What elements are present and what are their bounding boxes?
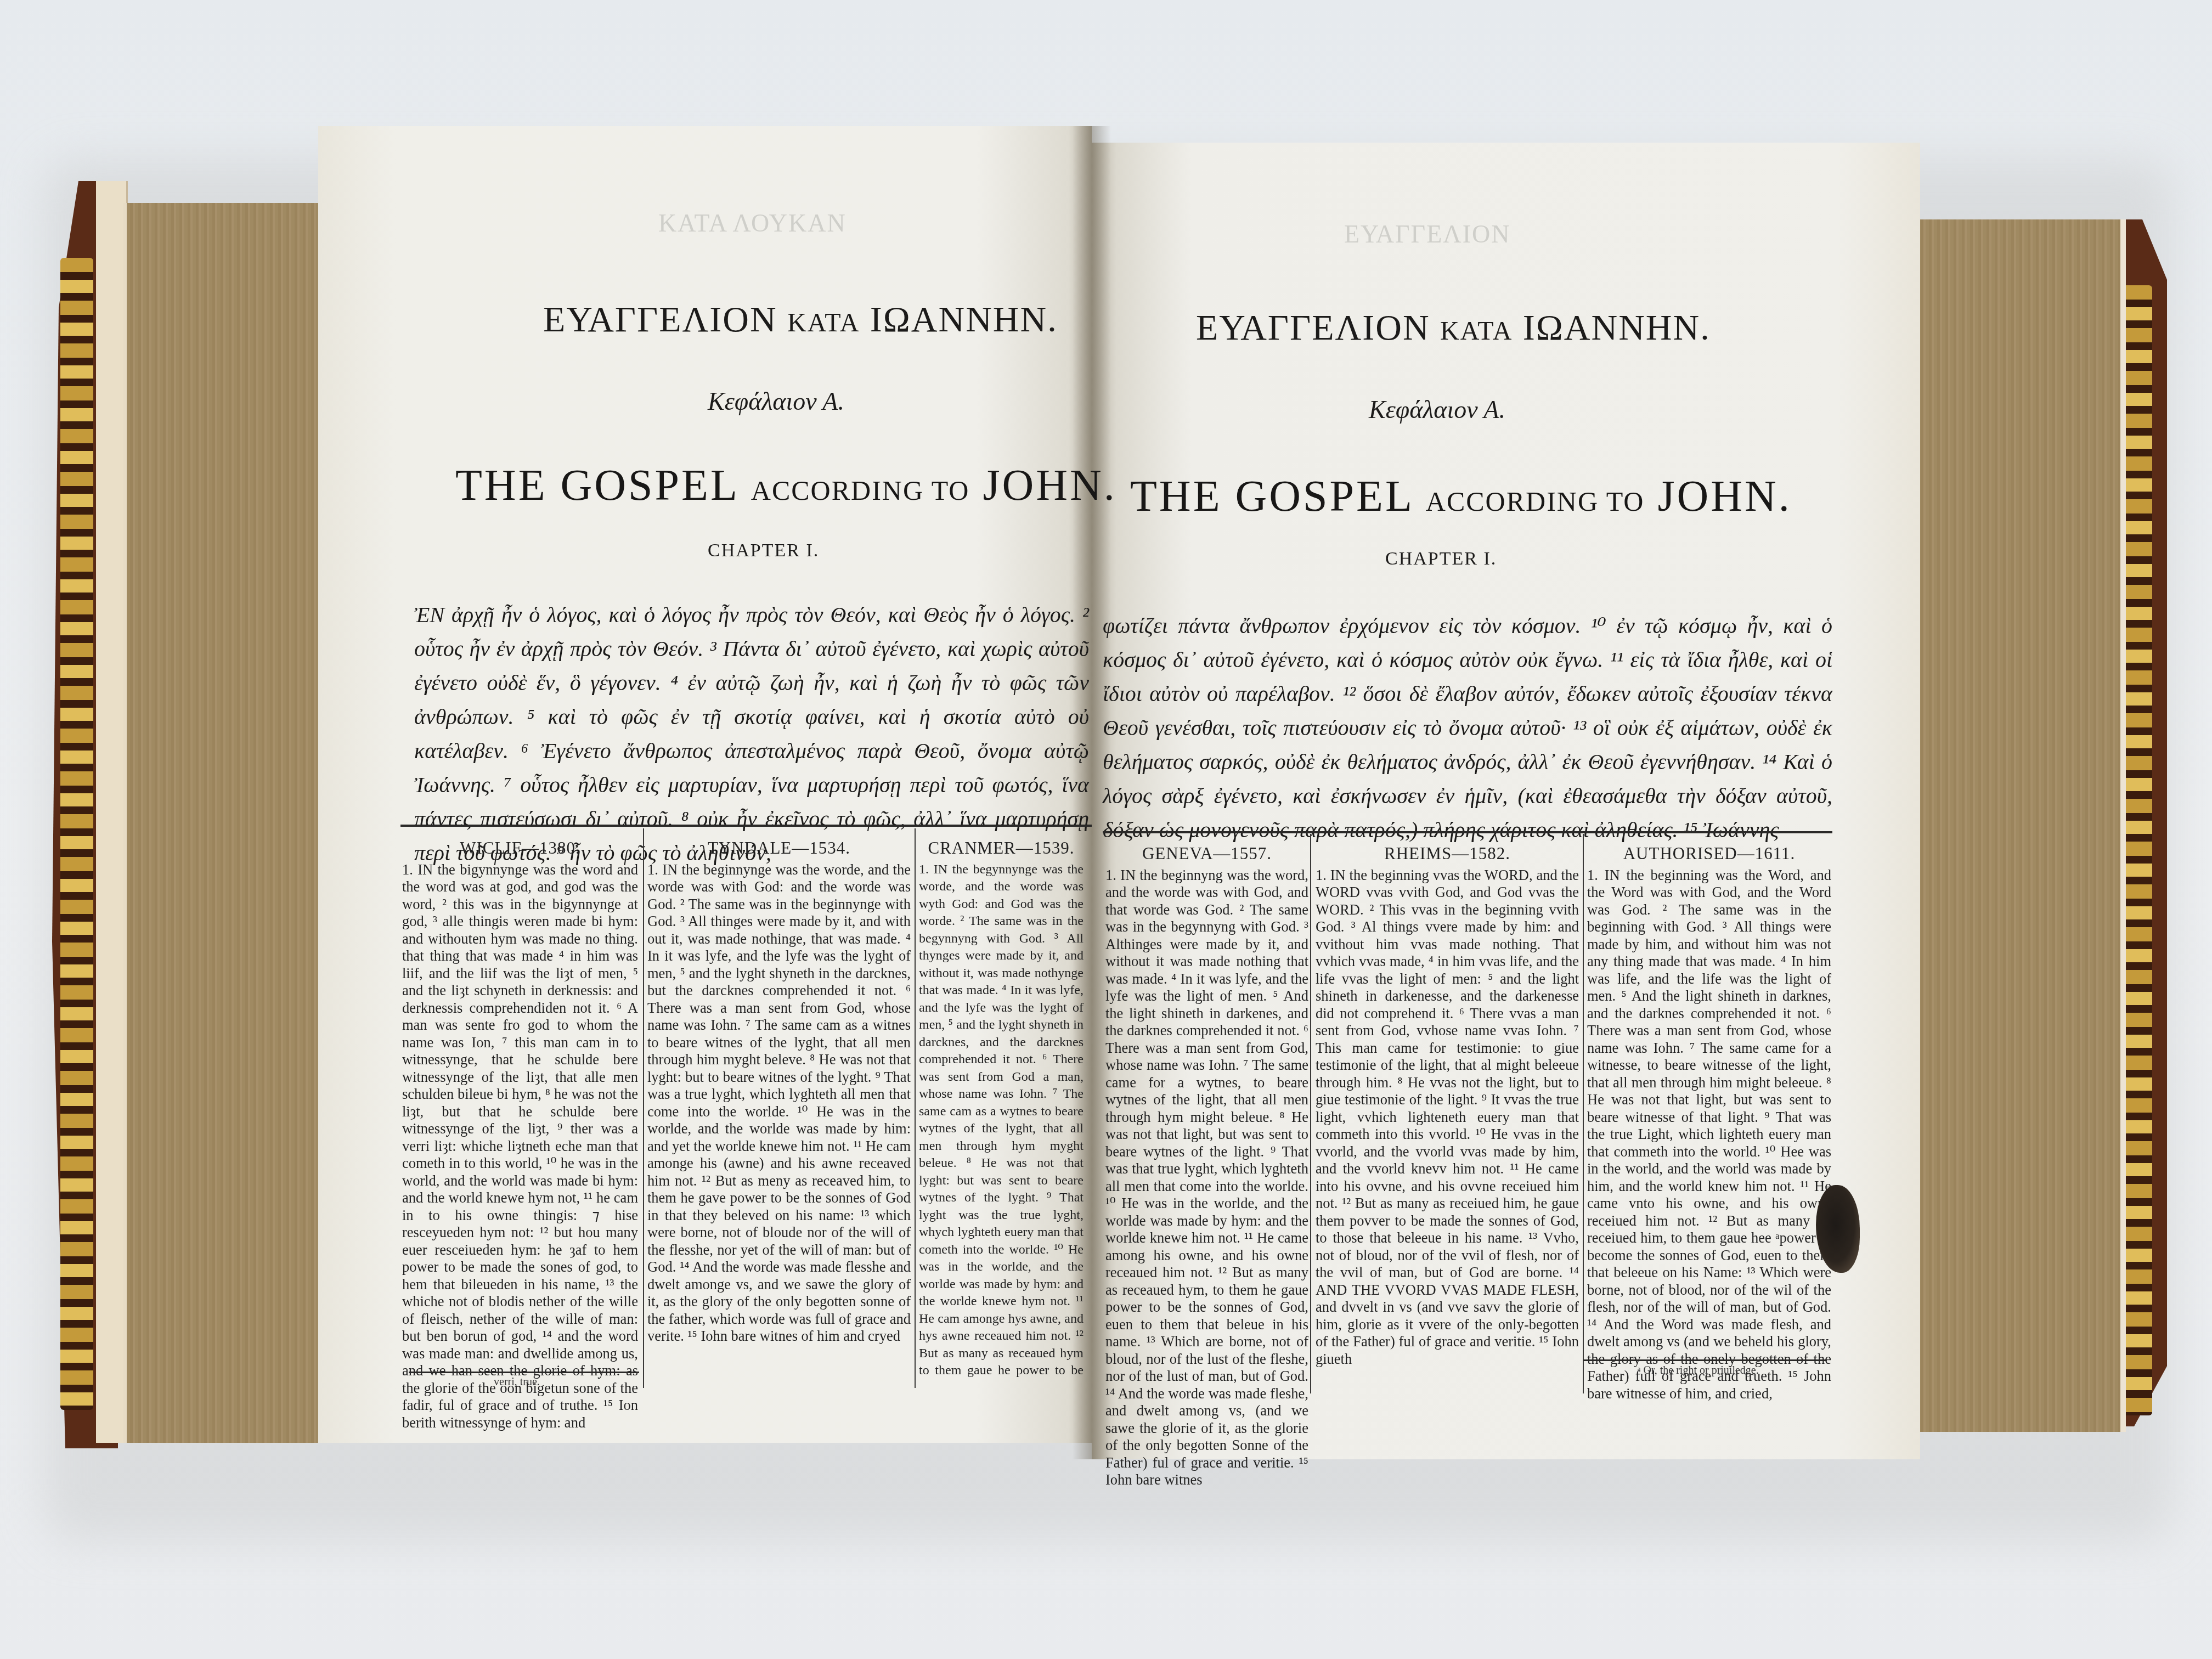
column-top-rule: [400, 825, 1092, 827]
column-tyndale: TYNDALE—1534. 1. IN the beginnynge was t…: [647, 839, 911, 1345]
page-stack-left: [123, 203, 324, 1443]
show-through-text-right: ΕΥΑΓΓΕΛΙΟΝ: [1344, 219, 1510, 249]
column-heading: GENEVA—1557.: [1105, 845, 1308, 862]
show-through-text-left: ΚΑΤΑ ΛΟΥΚΑΝ: [658, 208, 847, 238]
english-title: THE GOSPEL ACCORDING TO JOHN.: [455, 461, 1117, 511]
greek-text-block: ἘΝ ἀρχῇ ἦν ὁ λόγος, καὶ ὁ λόγος ἦν πρὸς …: [414, 598, 1089, 870]
greek-text-block: φωτίζει πάντα ἄνθρωπον ἐρχόμενον εἰς τὸν…: [1103, 609, 1832, 847]
column-divider: [1583, 834, 1584, 1393]
footnote: ᵃ Or, the right or priuiledge.: [1638, 1364, 1759, 1377]
column-wiclif: WICLIF—1380. 1. IN the bigynnynge was th…: [402, 839, 638, 1431]
greek-chapter-heading: Κεφάλαιον Α.: [1369, 395, 1505, 424]
column-divider: [1310, 834, 1311, 1393]
column-divider: [643, 828, 644, 1388]
greek-chapter-heading: Κεφάλαιον Α.: [708, 387, 844, 416]
footnote-rule: [409, 1372, 639, 1373]
greek-title: ΕΥΑΓΓΕΛΙΟΝ ΚΑΤΑ ΙΩΑΝΝΗΝ.: [543, 299, 1058, 341]
column-heading: WICLIF—1380.: [402, 839, 638, 857]
column-heading: AUTHORISED—1611.: [1587, 845, 1831, 862]
english-chapter-heading: CHAPTER I.: [1385, 549, 1497, 569]
footnote-rule: [1583, 1359, 1827, 1361]
column-heading: RHEIMS—1582.: [1316, 845, 1579, 862]
column-top-rule: [1103, 831, 1832, 833]
greek-title: ΕΥΑΓΓΕΛΙΟΝ ΚΑΤΑ ΙΩΑΝΝΗΝ.: [1196, 307, 1711, 349]
page-stack-right: [1917, 219, 2126, 1432]
column-heading: TYNDALE—1534.: [647, 839, 911, 857]
column-geneva: GENEVA—1557. 1. IN the beginnyng was the…: [1105, 845, 1308, 1489]
footnote: verri, true.: [494, 1376, 540, 1389]
column-authorised: AUTHORISED—1611. 1. IN the beginning was…: [1587, 845, 1831, 1402]
column-divider: [915, 828, 916, 1388]
column-heading: CRANMER—1539.: [919, 839, 1084, 857]
column-rheims: RHEIMS—1582. 1. IN the beginning vvas th…: [1316, 845, 1579, 1368]
column-cranmer: CRANMER—1539. 1. IN the begynnynge was t…: [919, 839, 1084, 1377]
gilt-border-left: [60, 258, 93, 1410]
english-chapter-heading: CHAPTER I.: [708, 540, 819, 561]
english-title: THE GOSPEL ACCORDING TO JOHN.: [1130, 472, 1792, 522]
